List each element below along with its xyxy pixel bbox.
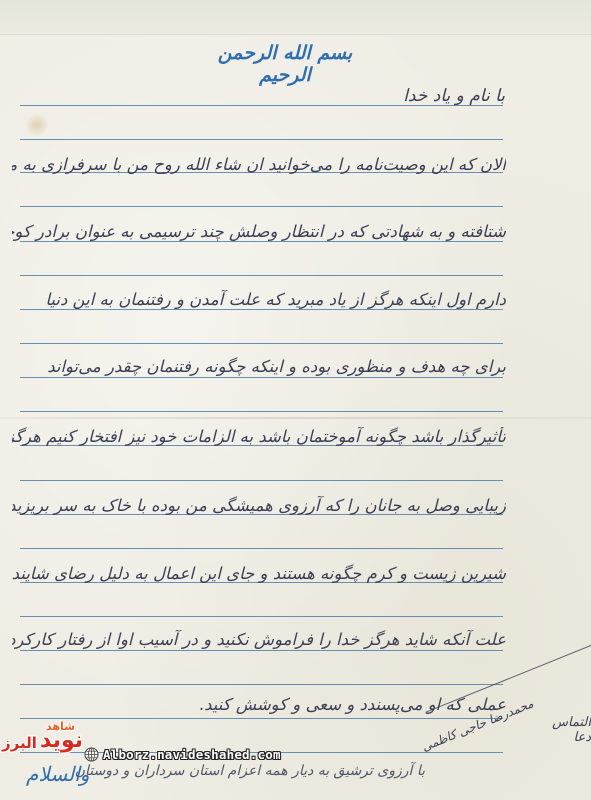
closing-text: با آرزوی ترشیق به دیار همه اعزام استان س… xyxy=(95,763,425,779)
bismillah-header: بسم الله الرحمن الرحیم xyxy=(200,42,370,86)
body-line: تأثیرگذار باشد چگونه آموختمان باشد به ال… xyxy=(12,427,506,446)
closing-salam: والسلام xyxy=(26,762,89,786)
body-line: شیرین زیست و کرم چگونه هستند و جای این ا… xyxy=(12,564,506,583)
ruled-line xyxy=(20,548,503,549)
body-line: برای چه هدف و منظوری بوده و اینکه چگونه … xyxy=(12,357,506,376)
paper-stain xyxy=(26,112,48,138)
body-line: الان که این وصیت‌نامه را می‌خوانید ان شا… xyxy=(12,155,506,174)
ruled-line xyxy=(20,309,503,310)
ruled-line xyxy=(20,616,503,617)
ruled-line xyxy=(20,343,503,344)
signature-stroke xyxy=(425,645,591,713)
ruled-line xyxy=(20,684,503,685)
paper-fold xyxy=(0,417,591,419)
signature-note: التماس دعا xyxy=(540,715,591,745)
ruled-line xyxy=(20,241,503,242)
ruled-line xyxy=(20,411,503,412)
ruled-line xyxy=(20,206,503,207)
body-line: شتافته و به شهادتی که در انتظار وصلش چند… xyxy=(12,222,506,241)
paper-top-edge xyxy=(0,0,591,35)
ruled-line xyxy=(20,377,503,378)
body-line: زیبایی وصل به جانان را که آرزوی همیشگی م… xyxy=(12,496,506,515)
globe-icon xyxy=(84,747,99,762)
logo-region-text: البرز xyxy=(2,734,37,752)
watermark-logo: شاهد نوید البرز xyxy=(2,720,82,760)
logo-main-text: نوید xyxy=(40,730,83,752)
ruled-line xyxy=(20,275,503,276)
ruled-line xyxy=(20,480,503,481)
ruled-line xyxy=(20,139,503,140)
body-line: دارم اول اینکه هرگز از یاد مبرید که علت … xyxy=(12,290,506,309)
body-line: علت آنکه شاید هرگز خدا را فراموش نکنید و… xyxy=(12,630,506,649)
watermark-url-text: Alborz.navideshahed.com xyxy=(103,747,281,762)
letter-page: بسم الله الرحمن الرحیم با نام و یاد خدا … xyxy=(0,0,591,800)
greeting: با نام و یاد خدا xyxy=(403,86,505,106)
ruled-line xyxy=(20,718,503,719)
watermark-url: Alborz.navideshahed.com xyxy=(84,747,281,762)
ruled-line xyxy=(20,650,503,651)
